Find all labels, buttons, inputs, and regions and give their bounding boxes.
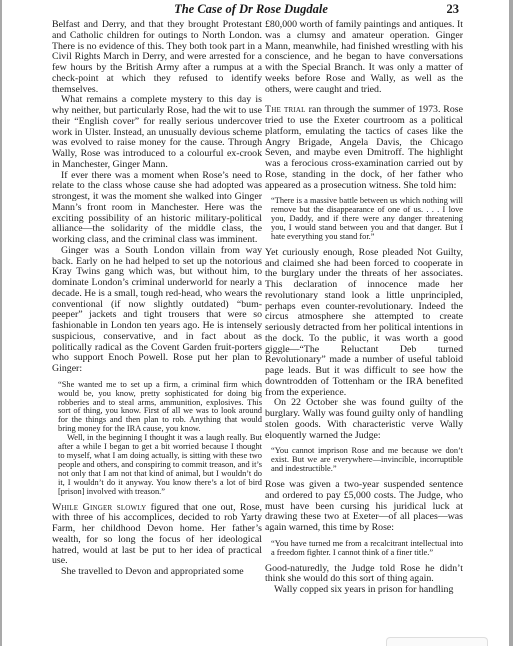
paragraph: Good-naturedly, the Judge told Rose he d… [265,564,463,586]
paragraph: Belfast and Derry, and that they brought… [52,20,262,95]
paragraph: Yet curiously enough, Rose pleaded Not G… [265,248,463,399]
page-left-edge [0,0,2,646]
paragraph: Wally copped six years in prison for han… [265,585,463,596]
paragraph-text: ran through the summer of 1973. Rose tri… [265,104,463,190]
quote-paragraph: Well, in the beginning I thought it was … [58,434,262,496]
block-quote: “You cannot imprison Rose and me because… [271,447,463,474]
scrollbar-edge[interactable] [509,0,513,646]
paragraph: On 22 October she was found guilty of th… [265,398,463,441]
quote-paragraph: “You cannot imprison Rose and me because… [271,447,463,474]
section-paragraph: While Ginger slowly figured that one out… [52,503,262,568]
page-number: 23 [447,2,460,16]
paragraph: If ever there was a moment when Rose’s n… [52,171,262,246]
block-quote: “She wanted me to set up a firm, a crimi… [58,381,262,497]
block-quote: “You have turned me from a recalcitrant … [271,540,463,558]
block-quote: “There is a massive battle between us wh… [271,197,463,242]
section-paragraph: The trial ran through the summer of 1973… [265,105,463,191]
running-title: The Case of Dr Rose Dugdale [45,2,457,16]
small-caps-lead: The trial [265,104,306,115]
quote-paragraph: “There is a massive battle between us wh… [271,197,463,242]
right-column: £80,000 worth of family paintings and an… [265,20,463,596]
small-caps-lead: While Ginger slowly [52,502,146,513]
paragraph: She travelled to Devon and appropriated … [52,567,262,578]
paragraph: Ginger was a South London villain from w… [52,246,262,375]
quote-paragraph: “She wanted me to set up a firm, a crimi… [58,381,262,434]
left-column: Belfast and Derry, and that they brought… [52,20,262,578]
running-head: The Case of Dr Rose Dugdale 23 [45,2,457,16]
page-footer-tab[interactable] [386,637,488,646]
paragraph: What remains a complete mystery to this … [52,95,262,170]
paragraph: Rose was given a two-year suspended sent… [265,480,463,534]
paragraph: £80,000 worth of family paintings and an… [265,20,463,95]
quote-paragraph: “You have turned me from a recalcitrant … [271,540,463,558]
